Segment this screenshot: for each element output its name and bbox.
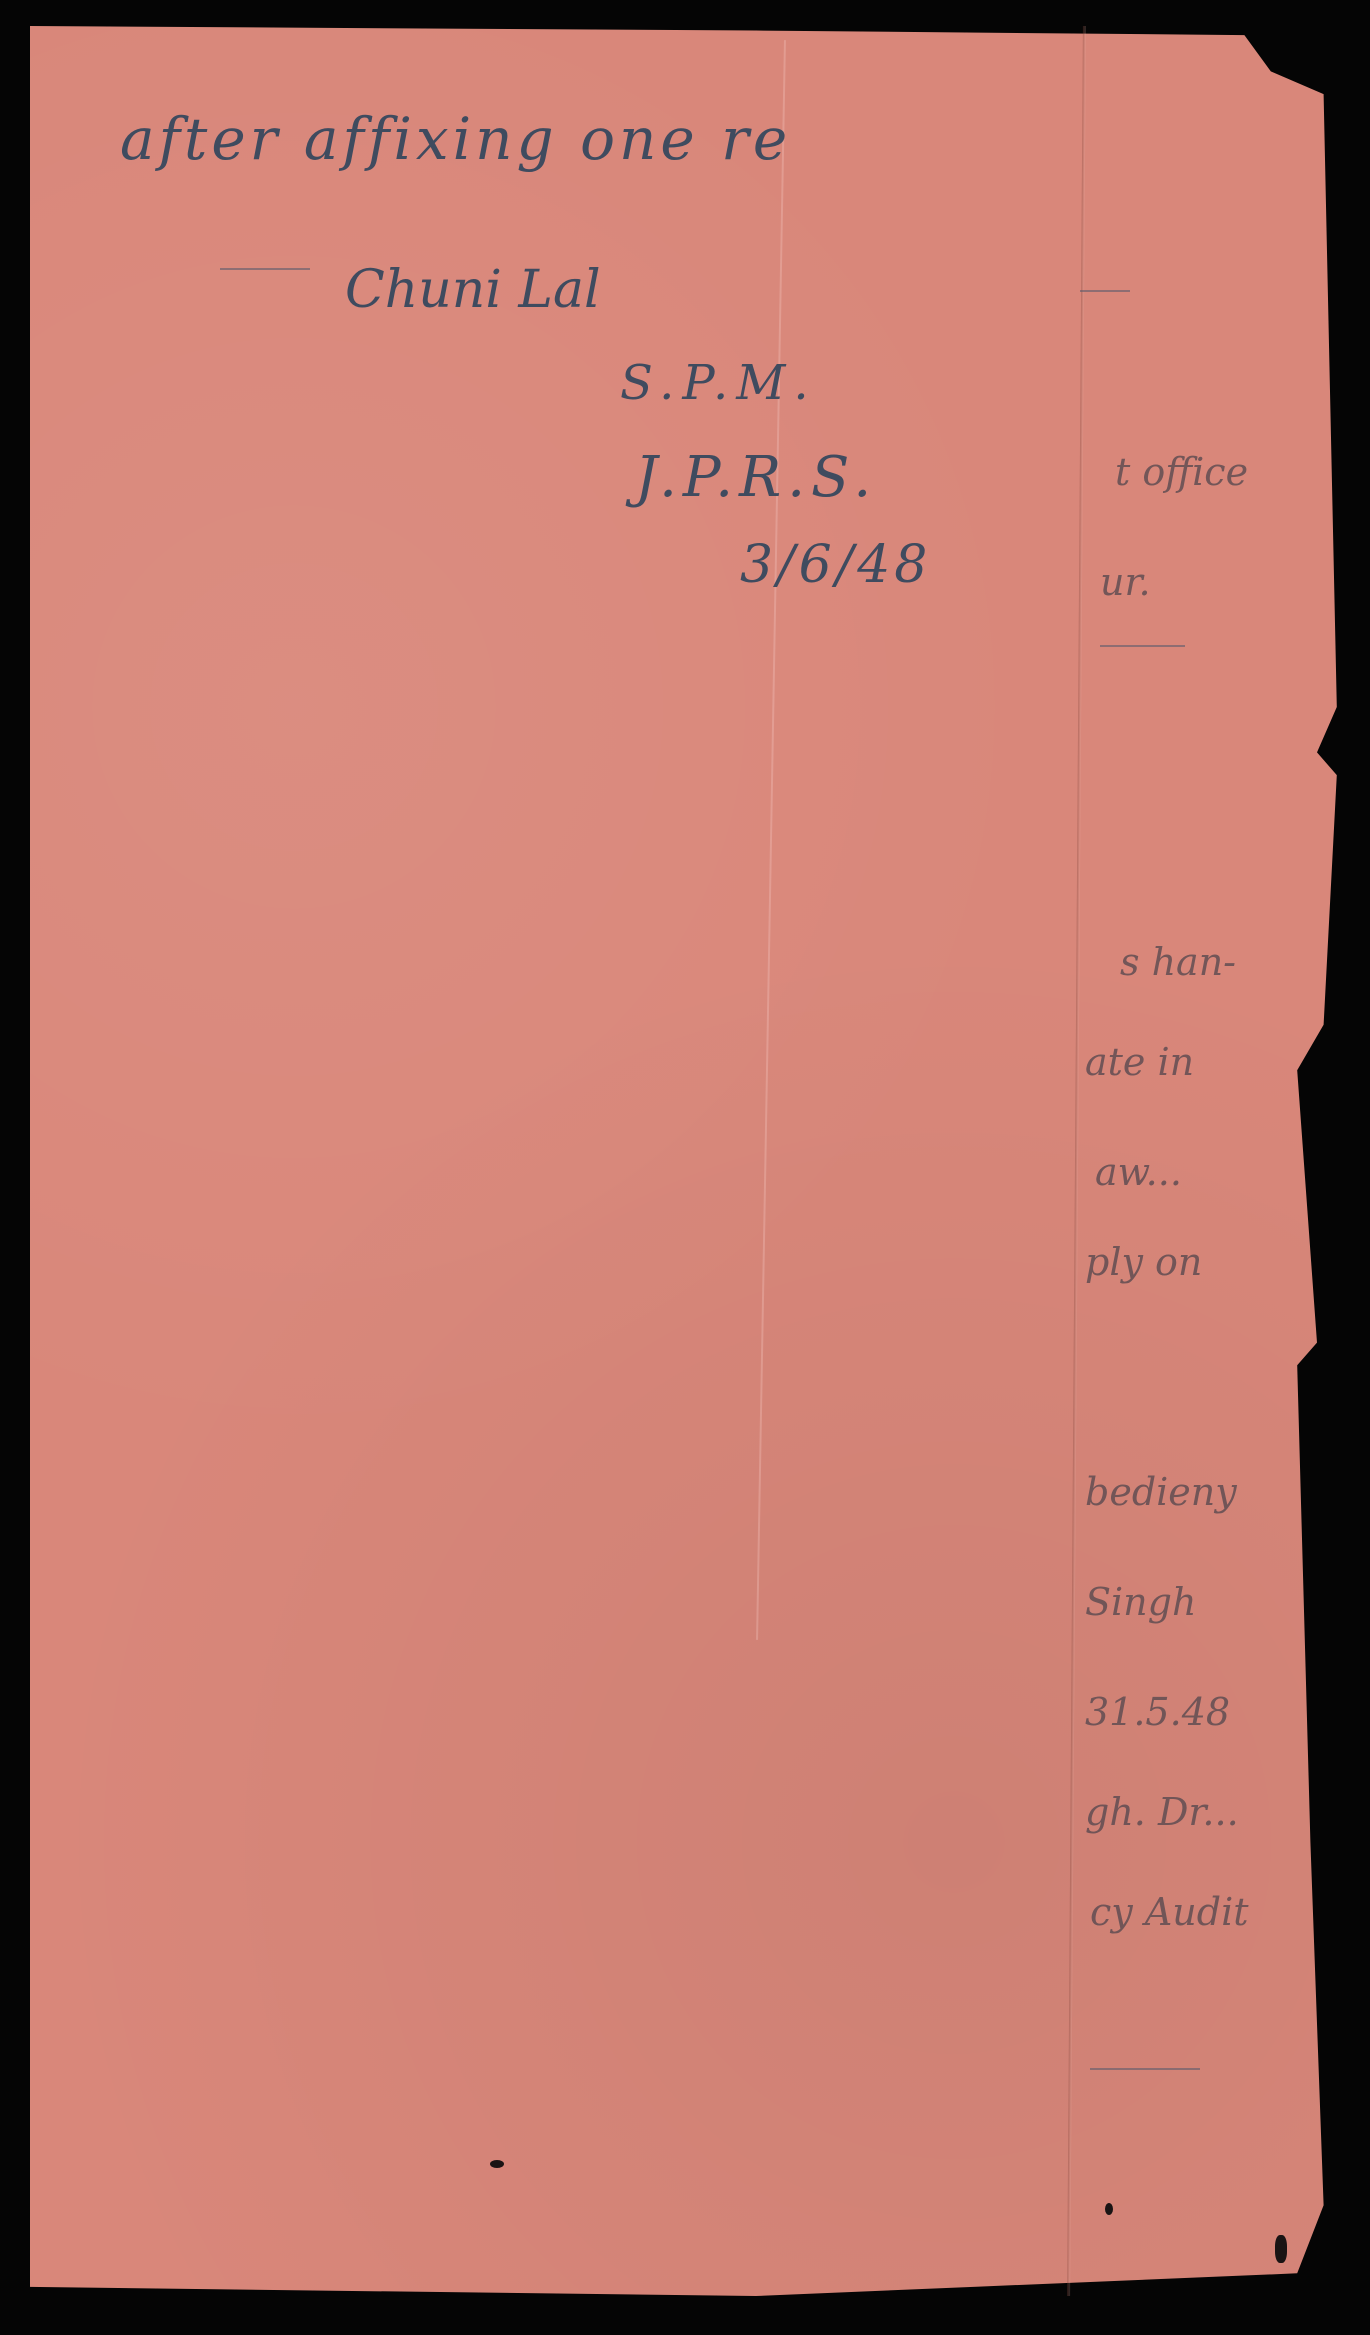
flap-text-line: t office (1115, 450, 1248, 494)
signature-title: S.P.M. (620, 355, 817, 411)
flap-text-line: Singh (1085, 1580, 1196, 1624)
top-handwritten-line: after affixing one re (120, 105, 791, 173)
flap-dash-mark (1090, 2068, 1200, 2070)
flap-text-line: gh. Dr... (1085, 1790, 1239, 1834)
flap-text-line: aw... (1095, 1150, 1182, 1194)
flap-text-line: ply on (1085, 1240, 1202, 1284)
flap-dash-mark (1100, 645, 1185, 647)
signature-office: J.P.R.S. (635, 445, 877, 510)
underline-mark (220, 268, 310, 270)
flap-text-line: ate in (1085, 1040, 1194, 1084)
flap-dash-mark (1080, 290, 1130, 292)
flap-text-line: bedieny (1085, 1470, 1237, 1514)
signature-name: Chuni Lal (345, 260, 601, 320)
signature-date: 3/6/48 (740, 535, 931, 595)
ink-spot (1275, 2235, 1287, 2263)
flap-text-line: ur. (1100, 560, 1151, 604)
flap-text-line: 31.5.48 (1085, 1690, 1230, 1734)
ink-spot (1105, 2203, 1113, 2215)
flap-text-line: cy Audit (1090, 1890, 1249, 1934)
ink-spot (490, 2160, 504, 2168)
flap-text-line: s han- (1120, 940, 1236, 984)
